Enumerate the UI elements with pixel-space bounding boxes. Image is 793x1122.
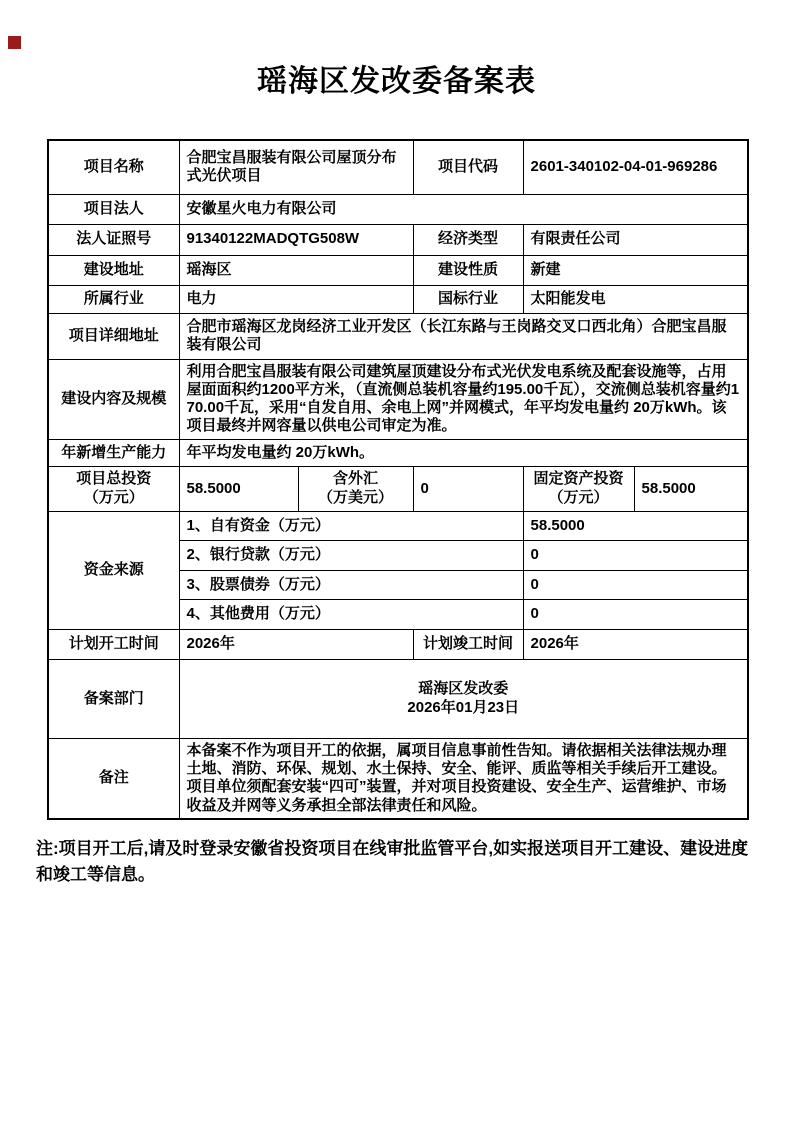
economic-type-value: 有限责任公司 — [523, 224, 748, 255]
construction-address-label: 建设地址 — [48, 255, 179, 285]
funding-item-value: 58.5000 — [523, 511, 748, 540]
funding-item-name: 1、自有资金（万元） — [179, 511, 523, 540]
industry-value: 电力 — [179, 285, 413, 313]
fixed-assets-value: 58.5000 — [634, 466, 748, 511]
funding-item-value: 0 — [523, 570, 748, 599]
project-code-label: 项目代码 — [413, 140, 523, 194]
total-investment-label: 项目总投资 （万元） — [48, 466, 179, 511]
detailed-address-value: 合肥市瑶海区龙岗经济工业开发区（长江东路与王岗路交叉口西北角）合肥宝昌服装有限公… — [179, 313, 748, 359]
total-investment-value: 58.5000 — [179, 466, 298, 511]
filing-dept-label: 备案部门 — [48, 659, 179, 738]
project-code-value: 2601-340102-04-01-969286 — [523, 140, 748, 194]
license-no-value: 91340122MADQTG508W — [179, 224, 413, 255]
filing-date: 2026年01月23日 — [187, 699, 741, 717]
industry-label: 所属行业 — [48, 285, 179, 313]
construction-address-value: 瑶海区 — [179, 255, 413, 285]
row-remarks: 备注 本备案不作为项目开工的依据，属项目信息事前性告知。请依据相关法律法规办理土… — [48, 738, 748, 819]
row-filing-dept: 备案部门 瑶海区发改委 2026年01月23日 — [48, 659, 748, 738]
red-seal-mark — [8, 36, 21, 49]
new-capacity-label: 年新增生产能力 — [48, 439, 179, 466]
funding-item-value: 0 — [523, 540, 748, 570]
project-name-label: 项目名称 — [48, 140, 179, 194]
row-project-name: 项目名称 合肥宝昌服装有限公司屋顶分布式光伏项目 项目代码 2601-34010… — [48, 140, 748, 194]
finish-time-label: 计划竣工时间 — [413, 629, 523, 659]
fixed-assets-label: 固定资产投资 （万元） — [523, 466, 634, 511]
row-new-capacity: 年新增生产能力 年平均发电量约 20万kWh。 — [48, 439, 748, 466]
legal-person-label: 项目法人 — [48, 194, 179, 224]
remarks-value: 本备案不作为项目开工的依据，属项目信息事前性告知。请依据相关法律法规办理土地、消… — [179, 738, 748, 819]
new-capacity-value: 年平均发电量约 20万kWh。 — [179, 439, 748, 466]
row-detailed-address: 项目详细地址 合肥市瑶海区龙岗经济工业开发区（长江东路与王岗路交叉口西北角）合肥… — [48, 313, 748, 359]
funding-item-name: 2、银行贷款（万元） — [179, 540, 523, 570]
start-time-value: 2026年 — [179, 629, 413, 659]
construction-nature-label: 建设性质 — [413, 255, 523, 285]
row-license: 法人证照号 91340122MADQTG508W 经济类型 有限责任公司 — [48, 224, 748, 255]
foreign-exchange-label: 含外汇 （万美元） — [298, 466, 413, 511]
row-construction-address: 建设地址 瑶海区 建设性质 新建 — [48, 255, 748, 285]
construction-nature-value: 新建 — [523, 255, 748, 285]
legal-person-value: 安徽星火电力有限公司 — [179, 194, 748, 224]
row-legal-person: 项目法人 安徽星火电力有限公司 — [48, 194, 748, 224]
funding-item-name: 3、股票债券（万元） — [179, 570, 523, 599]
funding-label: 资金来源 — [48, 511, 179, 629]
funding-item-value: 0 — [523, 599, 748, 629]
finish-time-value: 2026年 — [523, 629, 748, 659]
project-name-value: 合肥宝昌服装有限公司屋顶分布式光伏项目 — [179, 140, 413, 194]
page-title: 瑶海区发改委备案表 — [0, 56, 793, 100]
row-schedule: 计划开工时间 2026年 计划竣工时间 2026年 — [48, 629, 748, 659]
row-industry: 所属行业 电力 国标行业 太阳能发电 — [48, 285, 748, 313]
row-funding-1: 资金来源 1、自有资金（万元） 58.5000 — [48, 511, 748, 540]
funding-item-name: 4、其他费用（万元） — [179, 599, 523, 629]
remarks-label: 备注 — [48, 738, 179, 819]
filing-dept-name: 瑶海区发改委 — [187, 680, 741, 698]
footer-note: 注:项目开工后,请及时登录安徽省投资项目在线审批监管平台,如实报送项目开工建设、… — [36, 836, 760, 889]
filing-dept-value: 瑶海区发改委 2026年01月23日 — [179, 659, 748, 738]
foreign-exchange-value: 0 — [413, 466, 523, 511]
row-content-scale: 建设内容及规模 利用合肥宝昌服装有限公司建筑屋顶建设分布式光伏发电系统及配套设施… — [48, 359, 748, 439]
detailed-address-label: 项目详细地址 — [48, 313, 179, 359]
start-time-label: 计划开工时间 — [48, 629, 179, 659]
content-scale-label: 建设内容及规模 — [48, 359, 179, 439]
national-industry-label: 国标行业 — [413, 285, 523, 313]
content-scale-value: 利用合肥宝昌服装有限公司建筑屋顶建设分布式光伏发电系统及配套设施等，占用屋面面积… — [179, 359, 748, 439]
economic-type-label: 经济类型 — [413, 224, 523, 255]
row-investment: 项目总投资 （万元） 58.5000 含外汇 （万美元） 0 固定资产投资 （万… — [48, 466, 748, 511]
national-industry-value: 太阳能发电 — [523, 285, 748, 313]
filing-form-table: 项目名称 合肥宝昌服装有限公司屋顶分布式光伏项目 项目代码 2601-34010… — [47, 139, 749, 820]
license-no-label: 法人证照号 — [48, 224, 179, 255]
